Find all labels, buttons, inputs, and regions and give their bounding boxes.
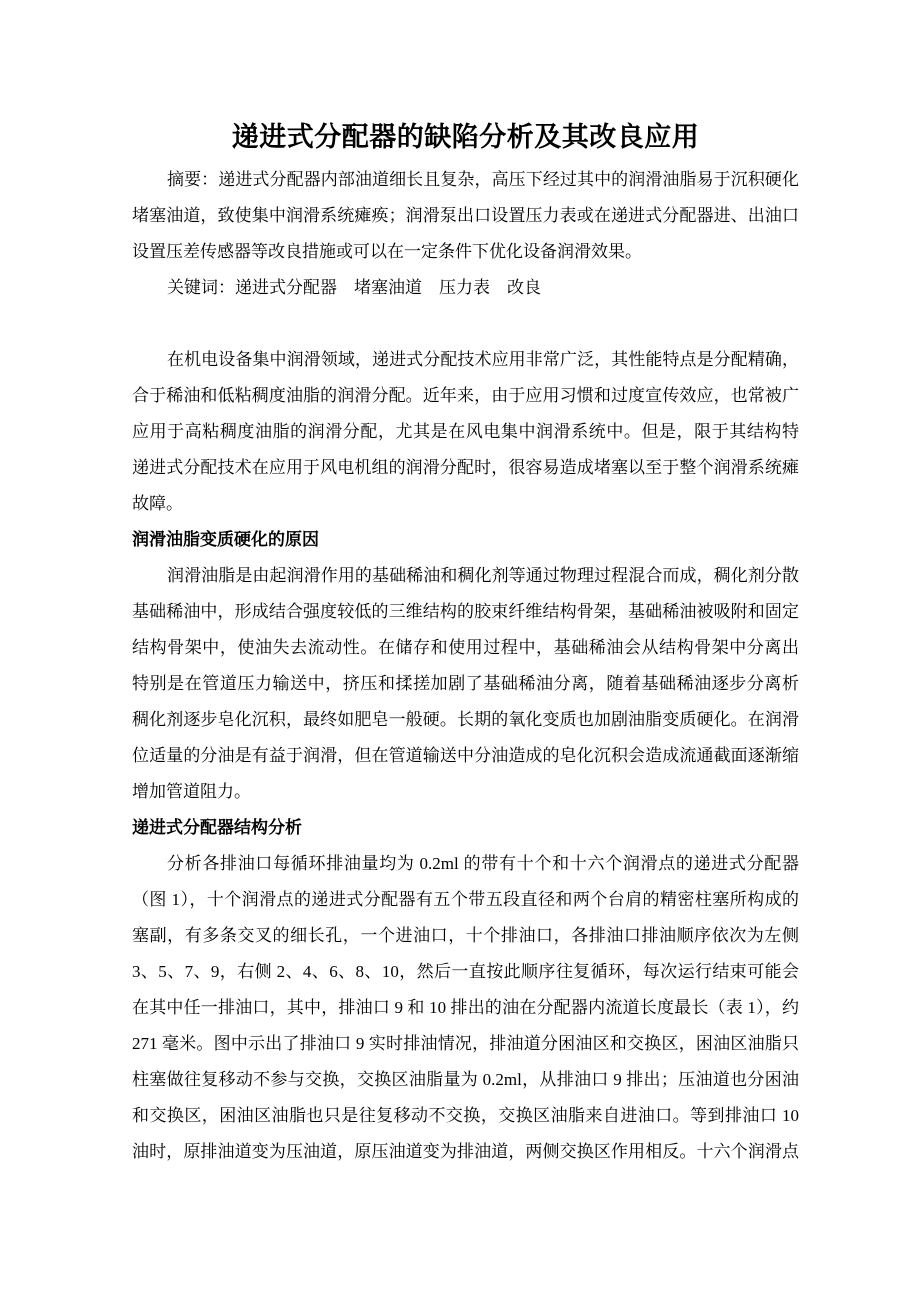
text-line: 增加管道阻力。 [132,774,799,810]
text-line: 应用于高粘稠度油脂的润滑分配，尤其是在风电集中润滑系统中。但是，限于其结构特点， [132,414,799,450]
document-title: 递进式分配器的缺陷分析及其改良应用 [132,112,799,162]
text-line: 递进式分配技术在应用于风电机组的润滑分配时，很容易造成堵塞以至于整个润滑系统瘫痪 [132,450,799,486]
blank-line [132,306,799,342]
text-line: 塞副，有多条交叉的细长孔，一个进油口，十个排油口，各排油口排油顺序依次为左侧 1… [132,918,799,954]
text-line: 关键词：递进式分配器 堵塞油道 压力表 改良 [132,270,799,306]
text-line: 柱塞做往复移动不参与交换，交换区油脂量为 0.2ml，从排油口 9 排出；压油道… [132,1062,799,1098]
text-line: 在其中任一排油口，其中，排油口 9 和 10 排出的油在分配器内流道长度最长（表… [132,990,799,1026]
text-line: 271 毫米。图中示出了排油口 9 实时排油情况，排油道分困油区和交换区，困油区… [132,1026,799,1062]
paragraph-abstract: 摘要：递进式分配器内部油道细长且复杂，高压下经过其中的润滑油脂易于沉积硬化堵塞油… [132,162,799,270]
text-line: 摘要：递进式分配器内部油道细长且复杂，高压下经过其中的润滑油脂易于沉积硬化 [132,162,799,198]
text-line: 油时，原排油道变为压油道，原压油道变为排油道，两侧交换区作用相反。十六个润滑点的 [132,1134,799,1170]
text-line: 在机电设备集中润滑领域，递进式分配技术应用非常广泛，其性能特点是分配精确，适 [132,342,799,378]
text-line: 故障。 [132,486,799,522]
text-line: 设置压差传感器等改良措施或可以在一定条件下优化设备润滑效果。 [132,234,799,270]
section-heading: 润滑油脂变质硬化的原因 [132,522,799,558]
document-content: 递进式分配器的缺陷分析及其改良应用摘要：递进式分配器内部油道细长且复杂，高压下经… [132,112,799,1170]
paragraph-grease-hardening-cause: 润滑油脂是由起润滑作用的基础稀油和稠化剂等通过物理过程混合而成，稠化剂分散在基础… [132,558,799,810]
document-page: 递进式分配器的缺陷分析及其改良应用摘要：递进式分配器内部油道细长且复杂，高压下经… [0,0,920,1302]
text-line: 润滑油脂是由起润滑作用的基础稀油和稠化剂等通过物理过程混合而成，稠化剂分散在 [132,558,799,594]
text-line: （图 1），十个润滑点的递进式分配器有五个带五段直径和两个台肩的精密柱塞所构成的… [132,882,799,918]
text-line: 基础稀油中，形成结合强度较低的三维结构的胶束纤维结构骨架，基础稀油被吸附和固定在 [132,594,799,630]
paragraph-keywords: 关键词：递进式分配器 堵塞油道 压力表 改良 [132,270,799,306]
text-line: 稠化剂逐步皂化沉积，最终如肥皂一般硬。长期的氧化变质也加剧油脂变质硬化。在润滑部 [132,702,799,738]
text-line: 和交换区，困油区油脂也只是往复移动不交换，交换区油脂来自进油口。等到排油口 10… [132,1098,799,1134]
text-line: 特别是在管道压力输送中，挤压和揉搓加剧了基础稀油分离，随着基础稀油逐步分离析出， [132,666,799,702]
text-line: 位适量的分油是有益于润滑，但在管道输送中分油造成的皂化沉积会造成流通截面逐渐缩小… [132,738,799,774]
text-line: 分析各排油口每循环排油量均为 0.2ml 的带有十个和十六个润滑点的递进式分配器 [132,846,799,882]
text-line: 结构骨架中，使油失去流动性。在储存和使用过程中，基础稀油会从结构骨架中分离出来， [132,630,799,666]
text-line: 合于稀油和低粘稠度油脂的润滑分配。近年来，由于应用习惯和过度宣传效应，也常被广泛 [132,378,799,414]
paragraph-introduction: 在机电设备集中润滑领域，递进式分配技术应用非常广泛，其性能特点是分配精确，适合于… [132,342,799,522]
text-line: 3、5、7、9，右侧 2、4、6、8、10，然后一直按此顺序往复循环，每次运行结… [132,954,799,990]
section-heading: 递进式分配器结构分析 [132,810,799,846]
text-line: 堵塞油道，致使集中润滑系统瘫痪；润滑泵出口设置压力表或在递进式分配器进、出油口间 [132,198,799,234]
paragraph-structure-analysis: 分析各排油口每循环排油量均为 0.2ml 的带有十个和十六个润滑点的递进式分配器… [132,846,799,1170]
